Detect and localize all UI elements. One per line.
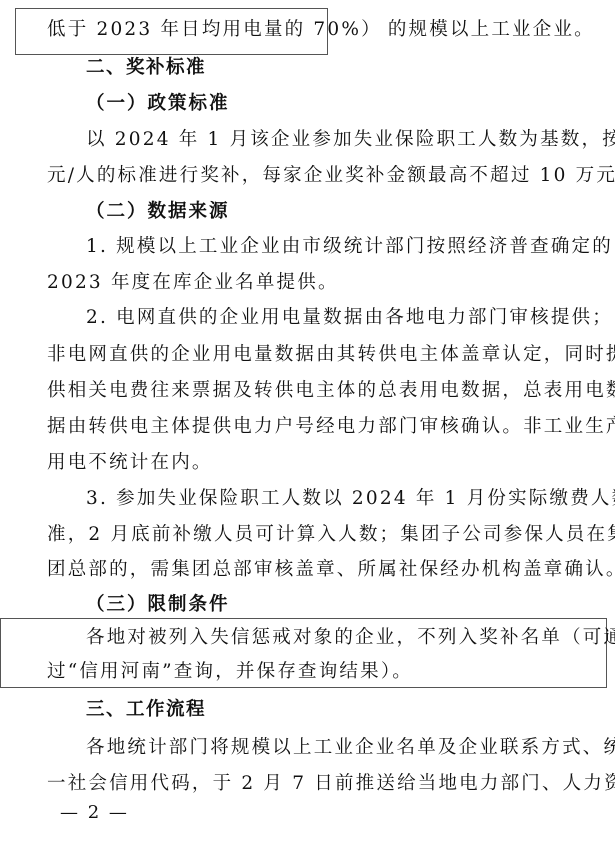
boxed-text: 低于 2023 年日均用电量的 70%） <box>47 19 382 40</box>
subsection-heading-policy: （一）政策标准 <box>86 89 586 119</box>
paragraph-line: 3. 参加失业保险职工人数以 2024 年 1 月份实际缴费人数为 <box>86 484 586 514</box>
paragraph-line: 2. 电网直供的企业用电量数据由各地电力部门审核提供； <box>86 303 586 333</box>
paragraph-line: 各地对被列入失信惩戒对象的企业，不列入奖补名单（可通 <box>86 623 586 653</box>
paragraph-line: 用电不统计在内。 <box>47 448 587 478</box>
paragraph-line: 据由转供电主体提供电力户号经电力部门审核确认。非工业生产 <box>47 412 587 442</box>
section-heading-2: 二、奖补标准 <box>86 53 586 83</box>
paragraph-line: 准，2 月底前补缴人员可计算入人数；集团子公司参保人员在集 <box>47 520 587 550</box>
paragraph-line: 非电网直供的企业用电量数据由其转供电主体盖章认定，同时提 <box>47 340 587 370</box>
subsection-heading-data-source: （二）数据来源 <box>86 197 586 227</box>
paragraph-line: 以 2024 年 1 月该企业参加失业保险职工人数为基数，按 500 <box>86 125 586 155</box>
paragraph-line: 过“信用河南”查询，并保存查询结果）。 <box>47 657 587 687</box>
paragraph-line: 供相关电费往来票据及转供电主体的总表用电数据，总表用电数 <box>47 376 587 406</box>
text-fragment: 的规模以上工业企业。 <box>388 19 595 40</box>
subsection-heading-restrictions: （三）限制条件 <box>86 590 586 620</box>
paragraph-line: 一社会信用代码，于 2 月 7 日前推送给当地电力部门、人力资源 <box>47 769 587 799</box>
paragraph-line: 各地统计部门将规模以上工业企业名单及企业联系方式、统 <box>86 733 586 763</box>
paragraph-line: 团总部的，需集团总部审核盖章、所属社保经办机构盖章确认。 <box>47 555 587 585</box>
paragraph-line: 1. 规模以上工业企业由市级统计部门按照经济普查确定的 <box>86 232 586 262</box>
section-heading-3: 三、工作流程 <box>86 695 586 725</box>
paragraph-line: 元/人的标准进行奖补，每家企业奖补金额最高不超过 10 万元。 <box>47 161 587 191</box>
text-line: 低于 2023 年日均用电量的 70%）的规模以上工业企业。 <box>47 15 587 45</box>
page-number: — 2 — <box>60 798 129 828</box>
paragraph-line: 2023 年度在库企业名单提供。 <box>47 268 587 298</box>
